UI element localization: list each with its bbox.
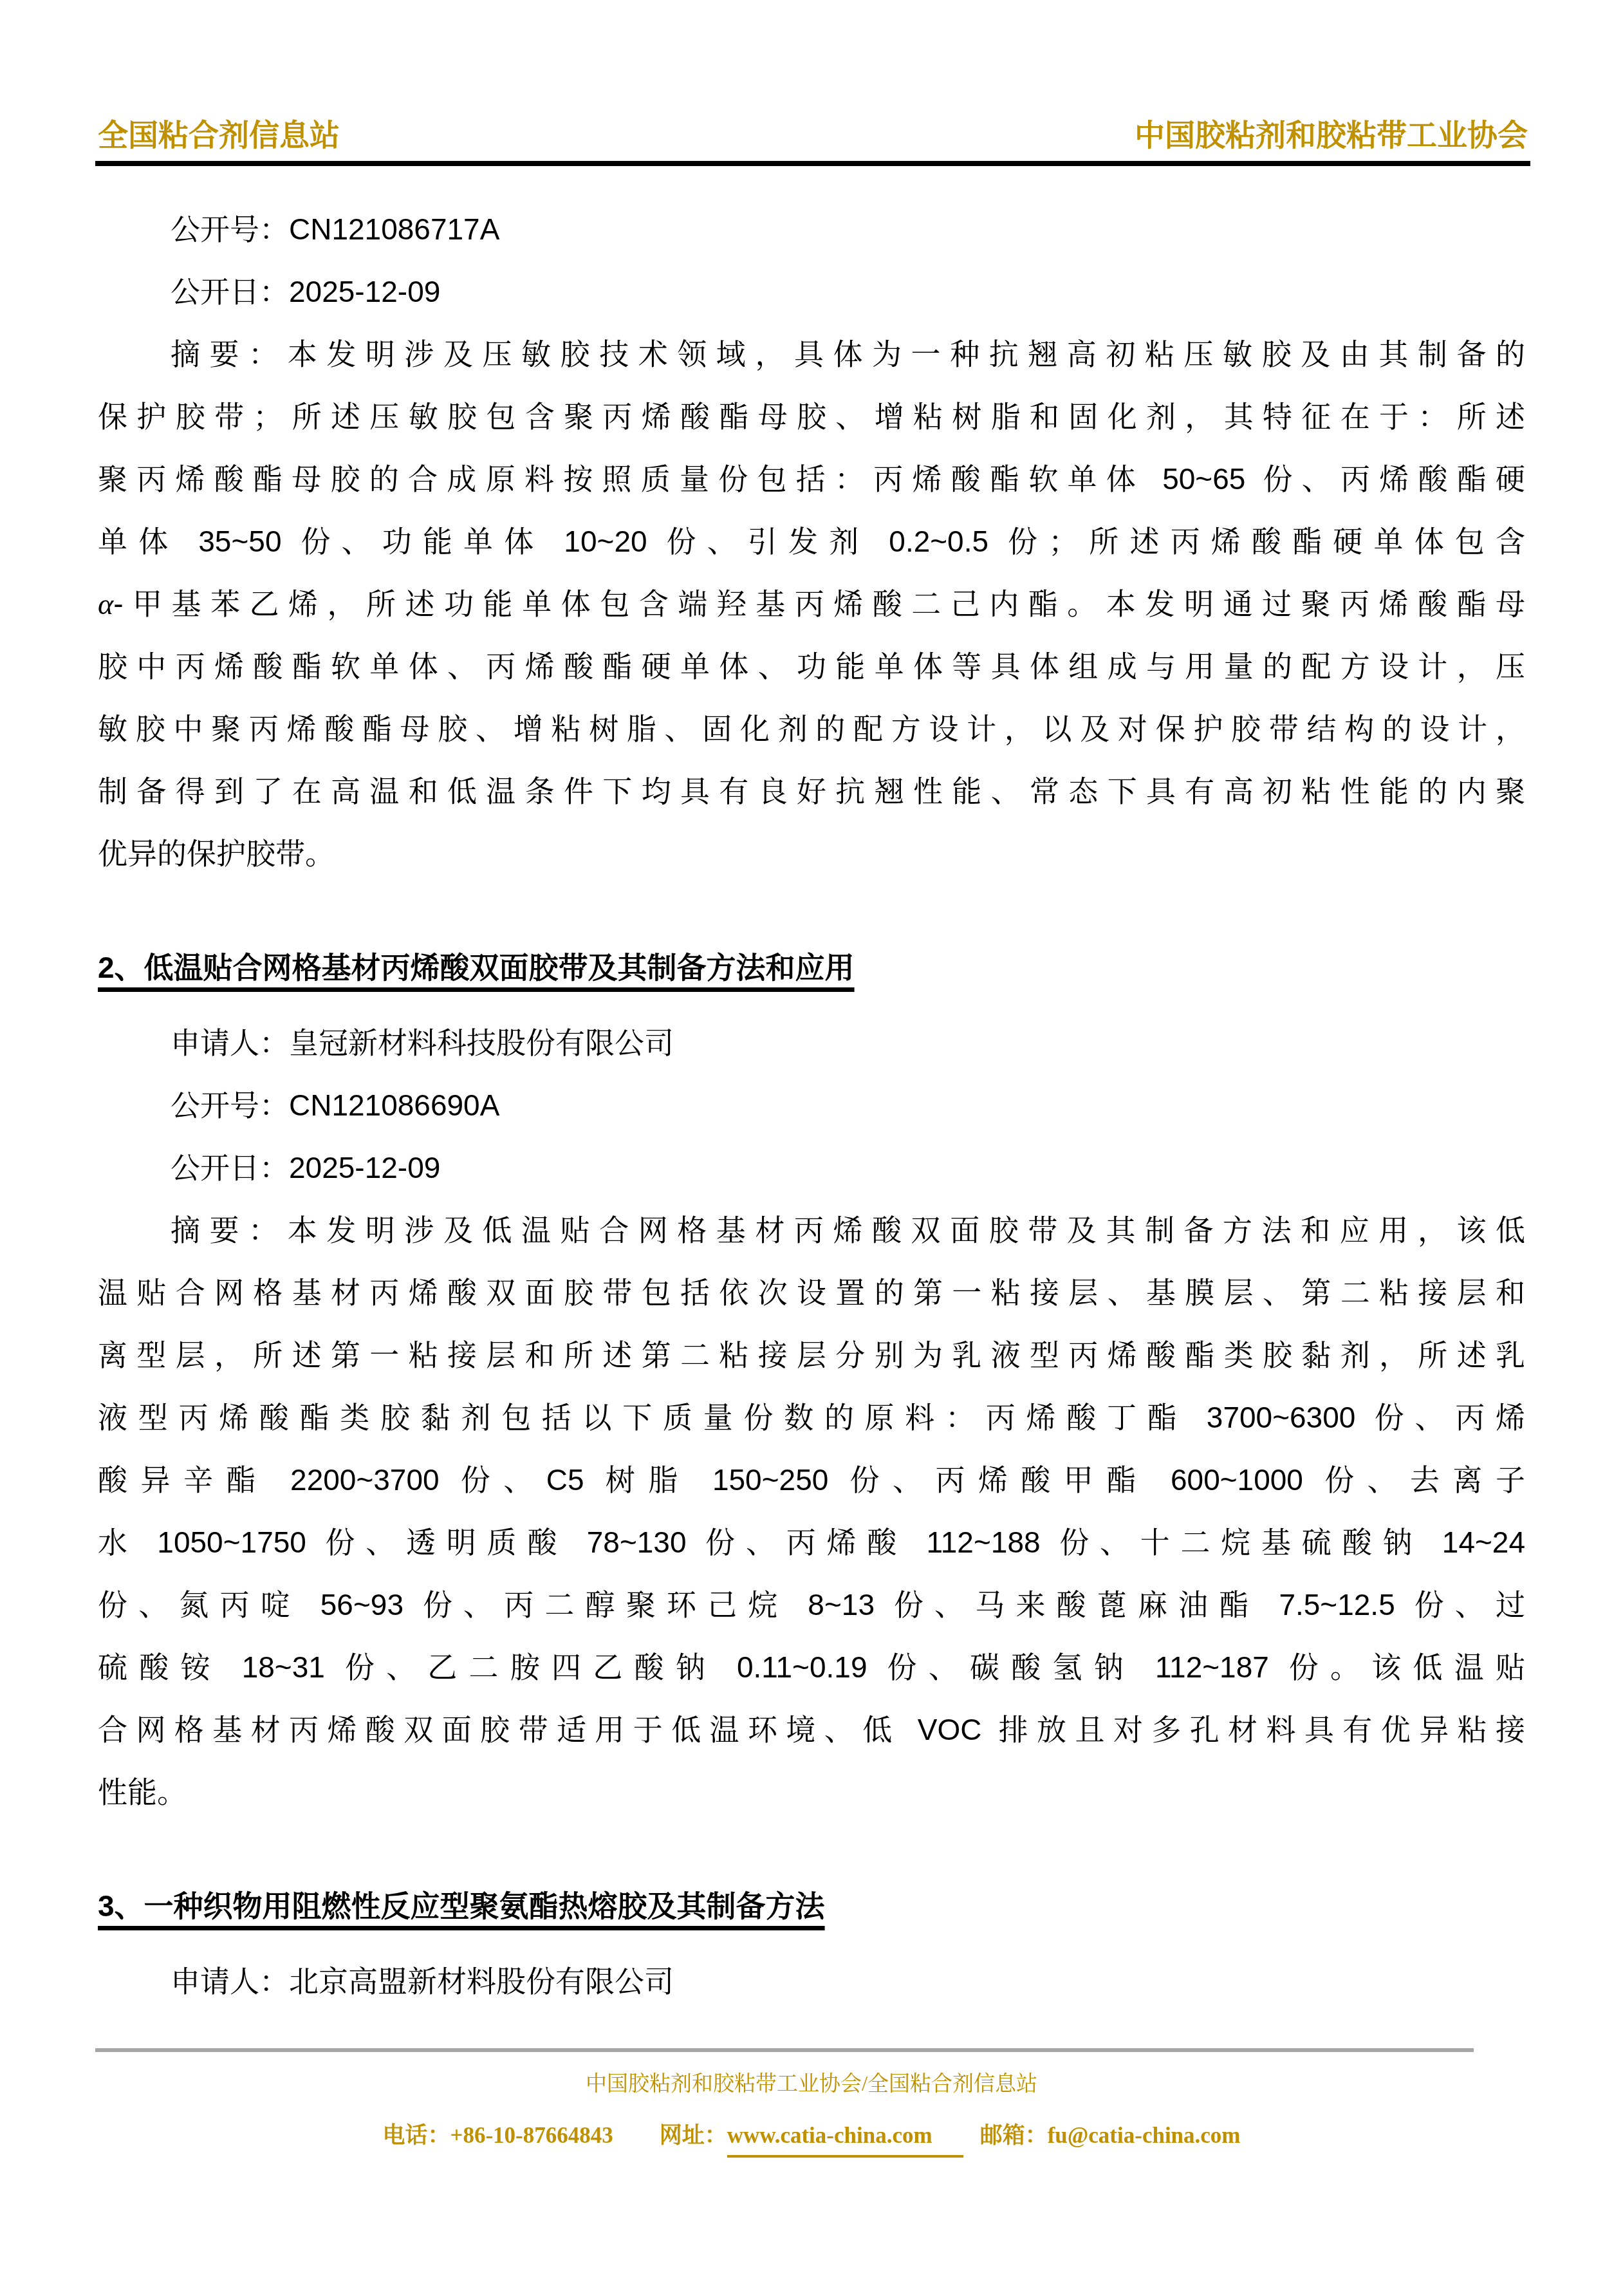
body-line: 优异的保护胶带。 [98, 823, 1525, 885]
body-line: 合网格基材丙烯酸双面胶带适用于低温环境、低 VOC 排放且对多孔材料具有优异粘接 [98, 1699, 1525, 1761]
document-body: 公开号：CN121086717A公开日：2025-12-09摘要：本发明涉及压敏… [98, 198, 1525, 2013]
body-line: 公开日：2025-12-09 [98, 1137, 1525, 1199]
footer-email-label: 邮箱： [980, 2123, 1048, 2148]
page-header: 全国粘合剂信息站 中国胶粘剂和胶粘带工业协会 [98, 112, 1528, 160]
body-line: 敏胶中聚丙烯酸酯母胶、增粘树脂、固化剂的配方设计，以及对保护胶带结构的设计， [98, 698, 1525, 760]
footer-web-link[interactable]: www.catia-china.com [727, 2118, 963, 2158]
body-line: 摘要：本发明涉及低温贴合网格基材丙烯酸双面胶带及其制备方法和应用，该低 [98, 1199, 1525, 1262]
header-left-title: 全国粘合剂信息站 [98, 112, 340, 160]
section-heading: 2、低温贴合网格基材丙烯酸双面胶带及其制备方法和应用 [98, 937, 1525, 999]
body-line: 温贴合网格基材丙烯酸双面胶带包括依次设置的第一粘接层、基膜层、第二粘接层和 [98, 1262, 1525, 1324]
header-right-title: 中国胶粘剂和胶粘带工业协会 [1135, 112, 1528, 160]
body-line: 公开号：CN121086717A [98, 198, 1525, 261]
footer-org-line: 中国胶粘剂和胶粘带工业协会/全国粘合剂信息站 [0, 2067, 1623, 2101]
body-line: 保护胶带；所述压敏胶包含聚丙烯酸酯母胶、增粘树脂和固化剂，其特征在于：所述 [98, 386, 1525, 448]
body-line: 申请人：北京高盟新材料股份有限公司 [98, 1950, 1525, 2013]
body-line: α-甲基苯乙烯，所述功能单体包含端羟基丙烯酸二己内酯。本发明通过聚丙烯酸酯母 [98, 573, 1525, 635]
body-line: 聚丙烯酸酯母胶的合成原料按照质量份包括：丙烯酸酯软单体 50~65 份、丙烯酸酯… [98, 448, 1525, 510]
footer-phone: +86-10-87664843 [450, 2123, 613, 2148]
footer-web-label: 网址： [660, 2123, 727, 2148]
footer-contact-line: 电话：+86-10-87664843网址：www.catia-china.com… [0, 2118, 1623, 2158]
body-line: 硫酸铵 18~31 份、乙二胺四乙酸钠 0.11~0.19 份、碳酸氢钠 112… [98, 1636, 1525, 1699]
body-line: 性能。 [98, 1761, 1525, 1824]
body-line: 离型层，所述第一粘接层和所述第二粘接层分别为乳液型丙烯酸酯类胶黏剂，所述乳 [98, 1324, 1525, 1386]
footer-divider [95, 2048, 1474, 2052]
body-line: 摘要：本发明涉及压敏胶技术领域，具体为一种抗翘高初粘压敏胶及由其制备的 [98, 323, 1525, 386]
footer-phone-label: 电话： [382, 2123, 450, 2148]
body-line: 申请人：皇冠新材料科技股份有限公司 [98, 1012, 1525, 1074]
footer-email: fu@catia-china.com [1048, 2123, 1241, 2148]
section-heading: 3、一种织物用阻燃性反应型聚氨酯热熔胶及其制备方法 [98, 1875, 1525, 1937]
body-line: 公开日：2025-12-09 [98, 261, 1525, 323]
body-line: 份、氮丙啶 56~93 份、丙二醇聚环己烷 8~13 份、马来酸蓖麻油酯 7.5… [98, 1574, 1525, 1636]
document-page: 全国粘合剂信息站 中国胶粘剂和胶粘带工业协会 公开号：CN121086717A公… [0, 0, 1623, 2296]
body-line: 酸异辛酯 2200~3700 份、C5 树脂 150~250 份、丙烯酸甲酯 6… [98, 1449, 1525, 1511]
alpha-symbol: α [98, 588, 113, 621]
body-line: 制备得到了在高温和低温条件下均具有良好抗翘性能、常态下具有高初粘性能的内聚 [98, 760, 1525, 823]
body-line: 公开号：CN121086690A [98, 1074, 1525, 1137]
body-line: 水 1050~1750 份、透明质酸 78~130 份、丙烯酸 112~188 … [98, 1511, 1525, 1574]
body-line: 液型丙烯酸酯类胶黏剂包括以下质量份数的原料：丙烯酸丁酯 3700~6300 份、… [98, 1386, 1525, 1449]
body-line: 单体 35~50 份、功能单体 10~20 份、引发剂 0.2~0.5 份；所述… [98, 510, 1525, 573]
header-divider [95, 161, 1530, 166]
body-line: 胶中丙烯酸酯软单体、丙烯酸酯硬单体、功能单体等具体组成与用量的配方设计，压 [98, 635, 1525, 698]
